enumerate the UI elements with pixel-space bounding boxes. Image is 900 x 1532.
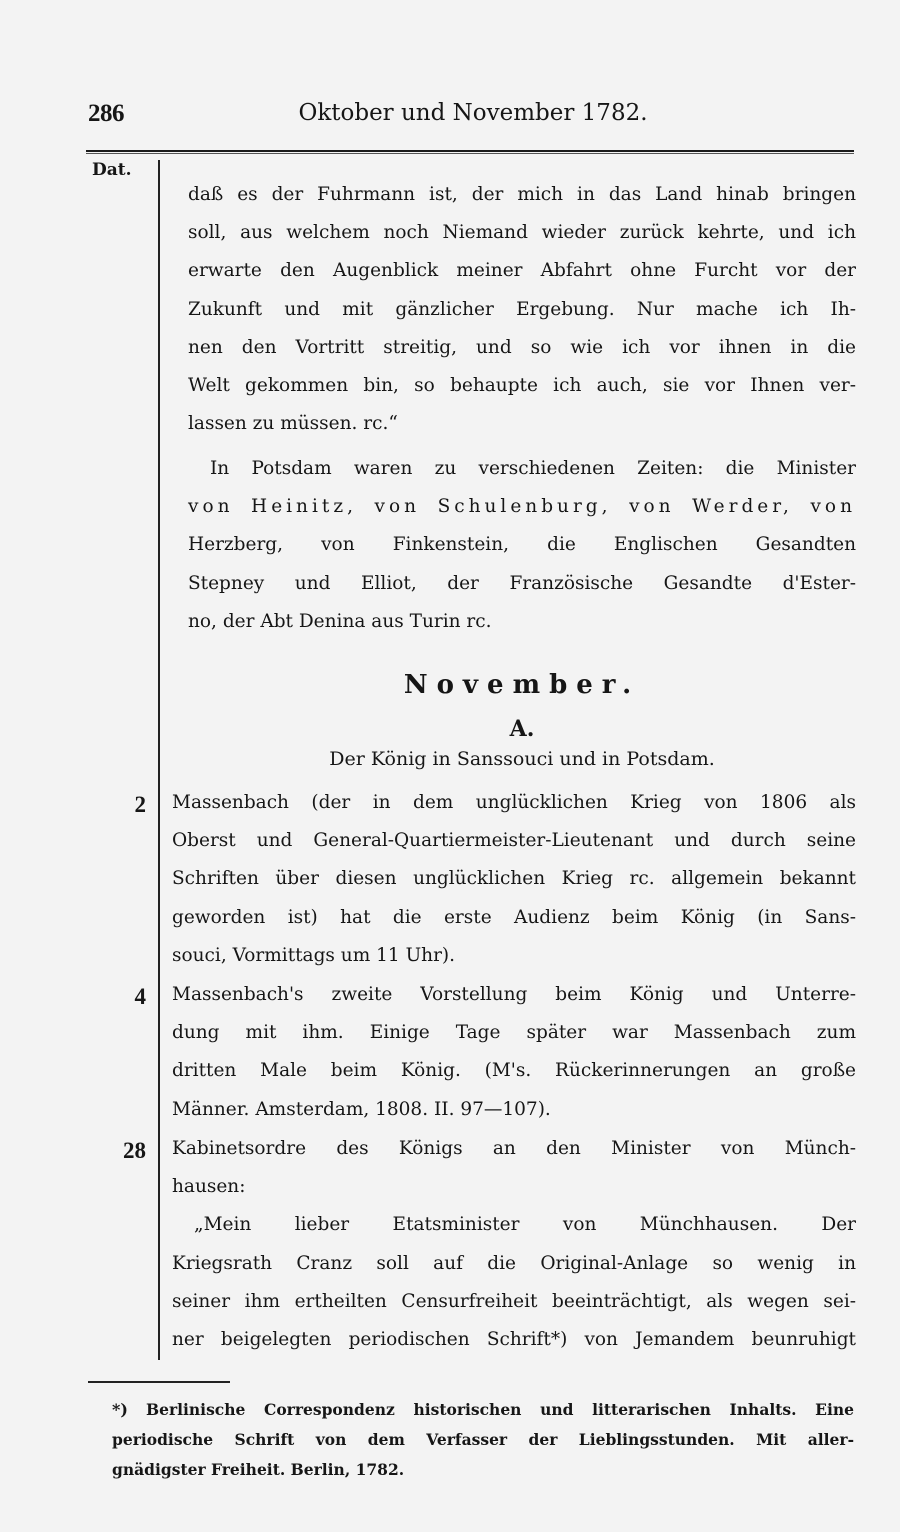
text-line: von Heinitz, von Schulenburg, von Werder…	[188, 488, 856, 526]
text-line: Herzberg, von Finkenstein, die Englische…	[188, 526, 856, 564]
text-line: Kabinetsordre des Königs an den Minister…	[172, 1130, 856, 1168]
text-line: no, der Abt Denina aus Turin rc.	[188, 603, 856, 641]
date-column-label: Dat.	[92, 160, 132, 180]
text-line: nen den Vortritt streitig, und so wie ic…	[188, 329, 856, 367]
footnote-line: periodische Schrift von dem Verfasser de…	[112, 1425, 854, 1455]
text-line: daß es der Fuhrmann ist, der mich in das…	[188, 176, 856, 214]
text-line: Zukunft und mit gänzlicher Ergebung. Nur…	[188, 291, 856, 329]
text-line: souci, Vormittags um 11 Uhr).	[172, 937, 856, 975]
text-line: lassen zu müssen. rc.“	[188, 405, 856, 443]
entry-date: 4	[110, 984, 146, 1010]
running-head: 286 Oktober und November 1782.	[88, 100, 858, 136]
footnote-line: gnädigster Freiheit. Berlin, 1782.	[112, 1455, 854, 1485]
text-line: hausen:	[172, 1168, 856, 1206]
section-heading-month: November.	[188, 670, 856, 700]
text-line: Schriften über diesen unglücklichen Krie…	[172, 860, 856, 898]
potsdam-paragraph: In Potsdam waren zu verschiedenen Zeiten…	[188, 450, 856, 641]
text-line: geworden ist) hat die erste Audienz beim…	[172, 899, 856, 937]
text-line: dritten Male beim König. (M's. Rückerinn…	[172, 1052, 856, 1090]
text-line: Stepney und Elliot, der Französische Ges…	[188, 565, 856, 603]
dated-entry: Kabinetsordre des Königs an den Minister…	[172, 1130, 856, 1359]
book-page: 286 Oktober und November 1782. Dat. daß …	[0, 0, 900, 1532]
text-line: ner beigelegten periodischen Schrift*) v…	[172, 1321, 856, 1359]
text-line: In Potsdam waren zu verschiedenen Zeiten…	[188, 450, 856, 488]
entry-date: 2	[110, 792, 146, 818]
text-line: dung mit ihm. Einige Tage später war Mas…	[172, 1014, 856, 1052]
text-line: Männer. Amsterdam, 1808. II. 97—107).	[172, 1091, 856, 1129]
text-line: Welt gekommen bin, so behaupte ich auch,…	[188, 367, 856, 405]
section-heading-letter: A.	[188, 716, 856, 742]
text-line: erwarte den Augenblick meiner Abfahrt oh…	[188, 252, 856, 290]
text-line: seiner ihm ertheilten Censurfreiheit bee…	[172, 1283, 856, 1321]
dated-entry: Massenbach's zweite Vorstellung beim Kön…	[172, 976, 856, 1129]
text-line: Oberst und General-Quartiermeister-Lieut…	[172, 822, 856, 860]
text-line: Kriegsrath Cranz soll auf die Original-A…	[172, 1245, 856, 1283]
header-rule-thin	[86, 153, 854, 154]
text-line: „Mein lieber Etatsminister von Münchhaus…	[172, 1206, 856, 1244]
header-rule	[86, 150, 854, 152]
footnote-rule	[88, 1381, 230, 1383]
continued-quotation: daß es der Fuhrmann ist, der mich in das…	[188, 176, 856, 443]
dated-entry: Massenbach (der in dem unglücklichen Kri…	[172, 784, 856, 975]
text-line: soll, aus welchem noch Niemand wieder zu…	[188, 214, 856, 252]
footnote-marker: *)	[112, 1395, 128, 1425]
section-subtitle: Der König in Sanssouci und in Potsdam.	[188, 748, 856, 770]
footnote-line: Berlinische Correspondenz historischen u…	[112, 1395, 854, 1425]
entry-date: 28	[110, 1138, 146, 1164]
running-title: Oktober und November 1782.	[88, 100, 858, 126]
text-line: Massenbach (der in dem unglücklichen Kri…	[172, 784, 856, 822]
footnote: *) Berlinische Correspondenz historische…	[112, 1395, 854, 1485]
text-line: Massenbach's zweite Vorstellung beim Kön…	[172, 976, 856, 1014]
date-column-divider	[158, 160, 160, 1360]
